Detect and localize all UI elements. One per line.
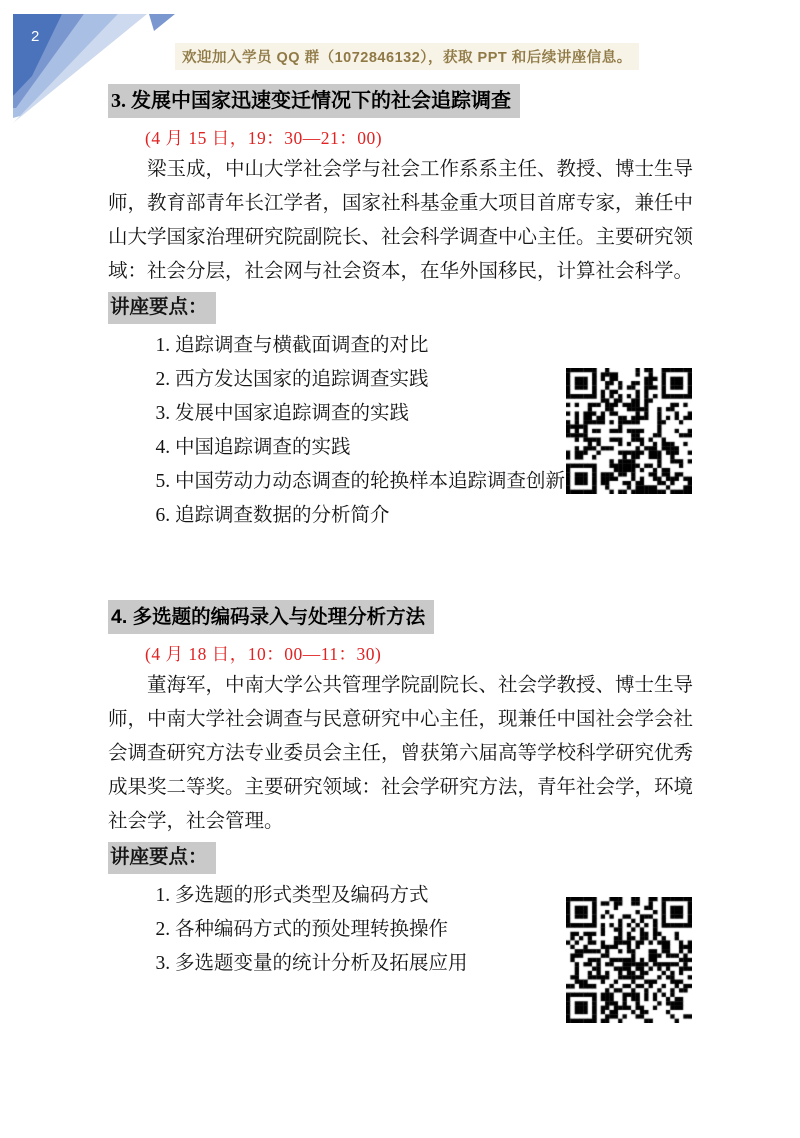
list-item: 追踪调查数据的分析简介 (175, 499, 693, 533)
qr-code (566, 368, 692, 494)
lecture-4-schedule: (4 月 18 日，10：00—11：30) (145, 641, 693, 667)
lecture-3-speaker-bio: 梁玉成，中山大学社会学与社会工作系系主任、教授、博士生导师，教育部青年长江学者，… (108, 153, 693, 289)
page-content: 3. 发展中国家迅速变迁情况下的社会追踪调查 (4 月 15 日，19：30—2… (108, 84, 693, 981)
lecture-3-heading: 3. 发展中国家迅速变迁情况下的社会追踪调查 (108, 84, 520, 118)
lecture-4-heading: 4. 多选题的编码录入与处理分析方法 (108, 600, 434, 634)
lecture-4-speaker-bio: 董海军，中南大学公共管理学院副院长、社会学教授、博士生导师，中南大学社会调查与民… (108, 669, 693, 839)
lecture-3-points-label: 讲座要点： (108, 292, 216, 324)
list-item: 追踪调查与横截面调查的对比 (175, 329, 693, 363)
header-notice: 欢迎加入学员 QQ 群（1072846132），获取 PPT 和后续讲座信息。 (175, 43, 639, 70)
qr-code (566, 897, 692, 1023)
lecture-4-points-label: 讲座要点： (108, 842, 216, 874)
page-number: 2 (31, 28, 39, 45)
lecture-3-schedule: (4 月 15 日，19：30—21：00) (145, 125, 693, 151)
